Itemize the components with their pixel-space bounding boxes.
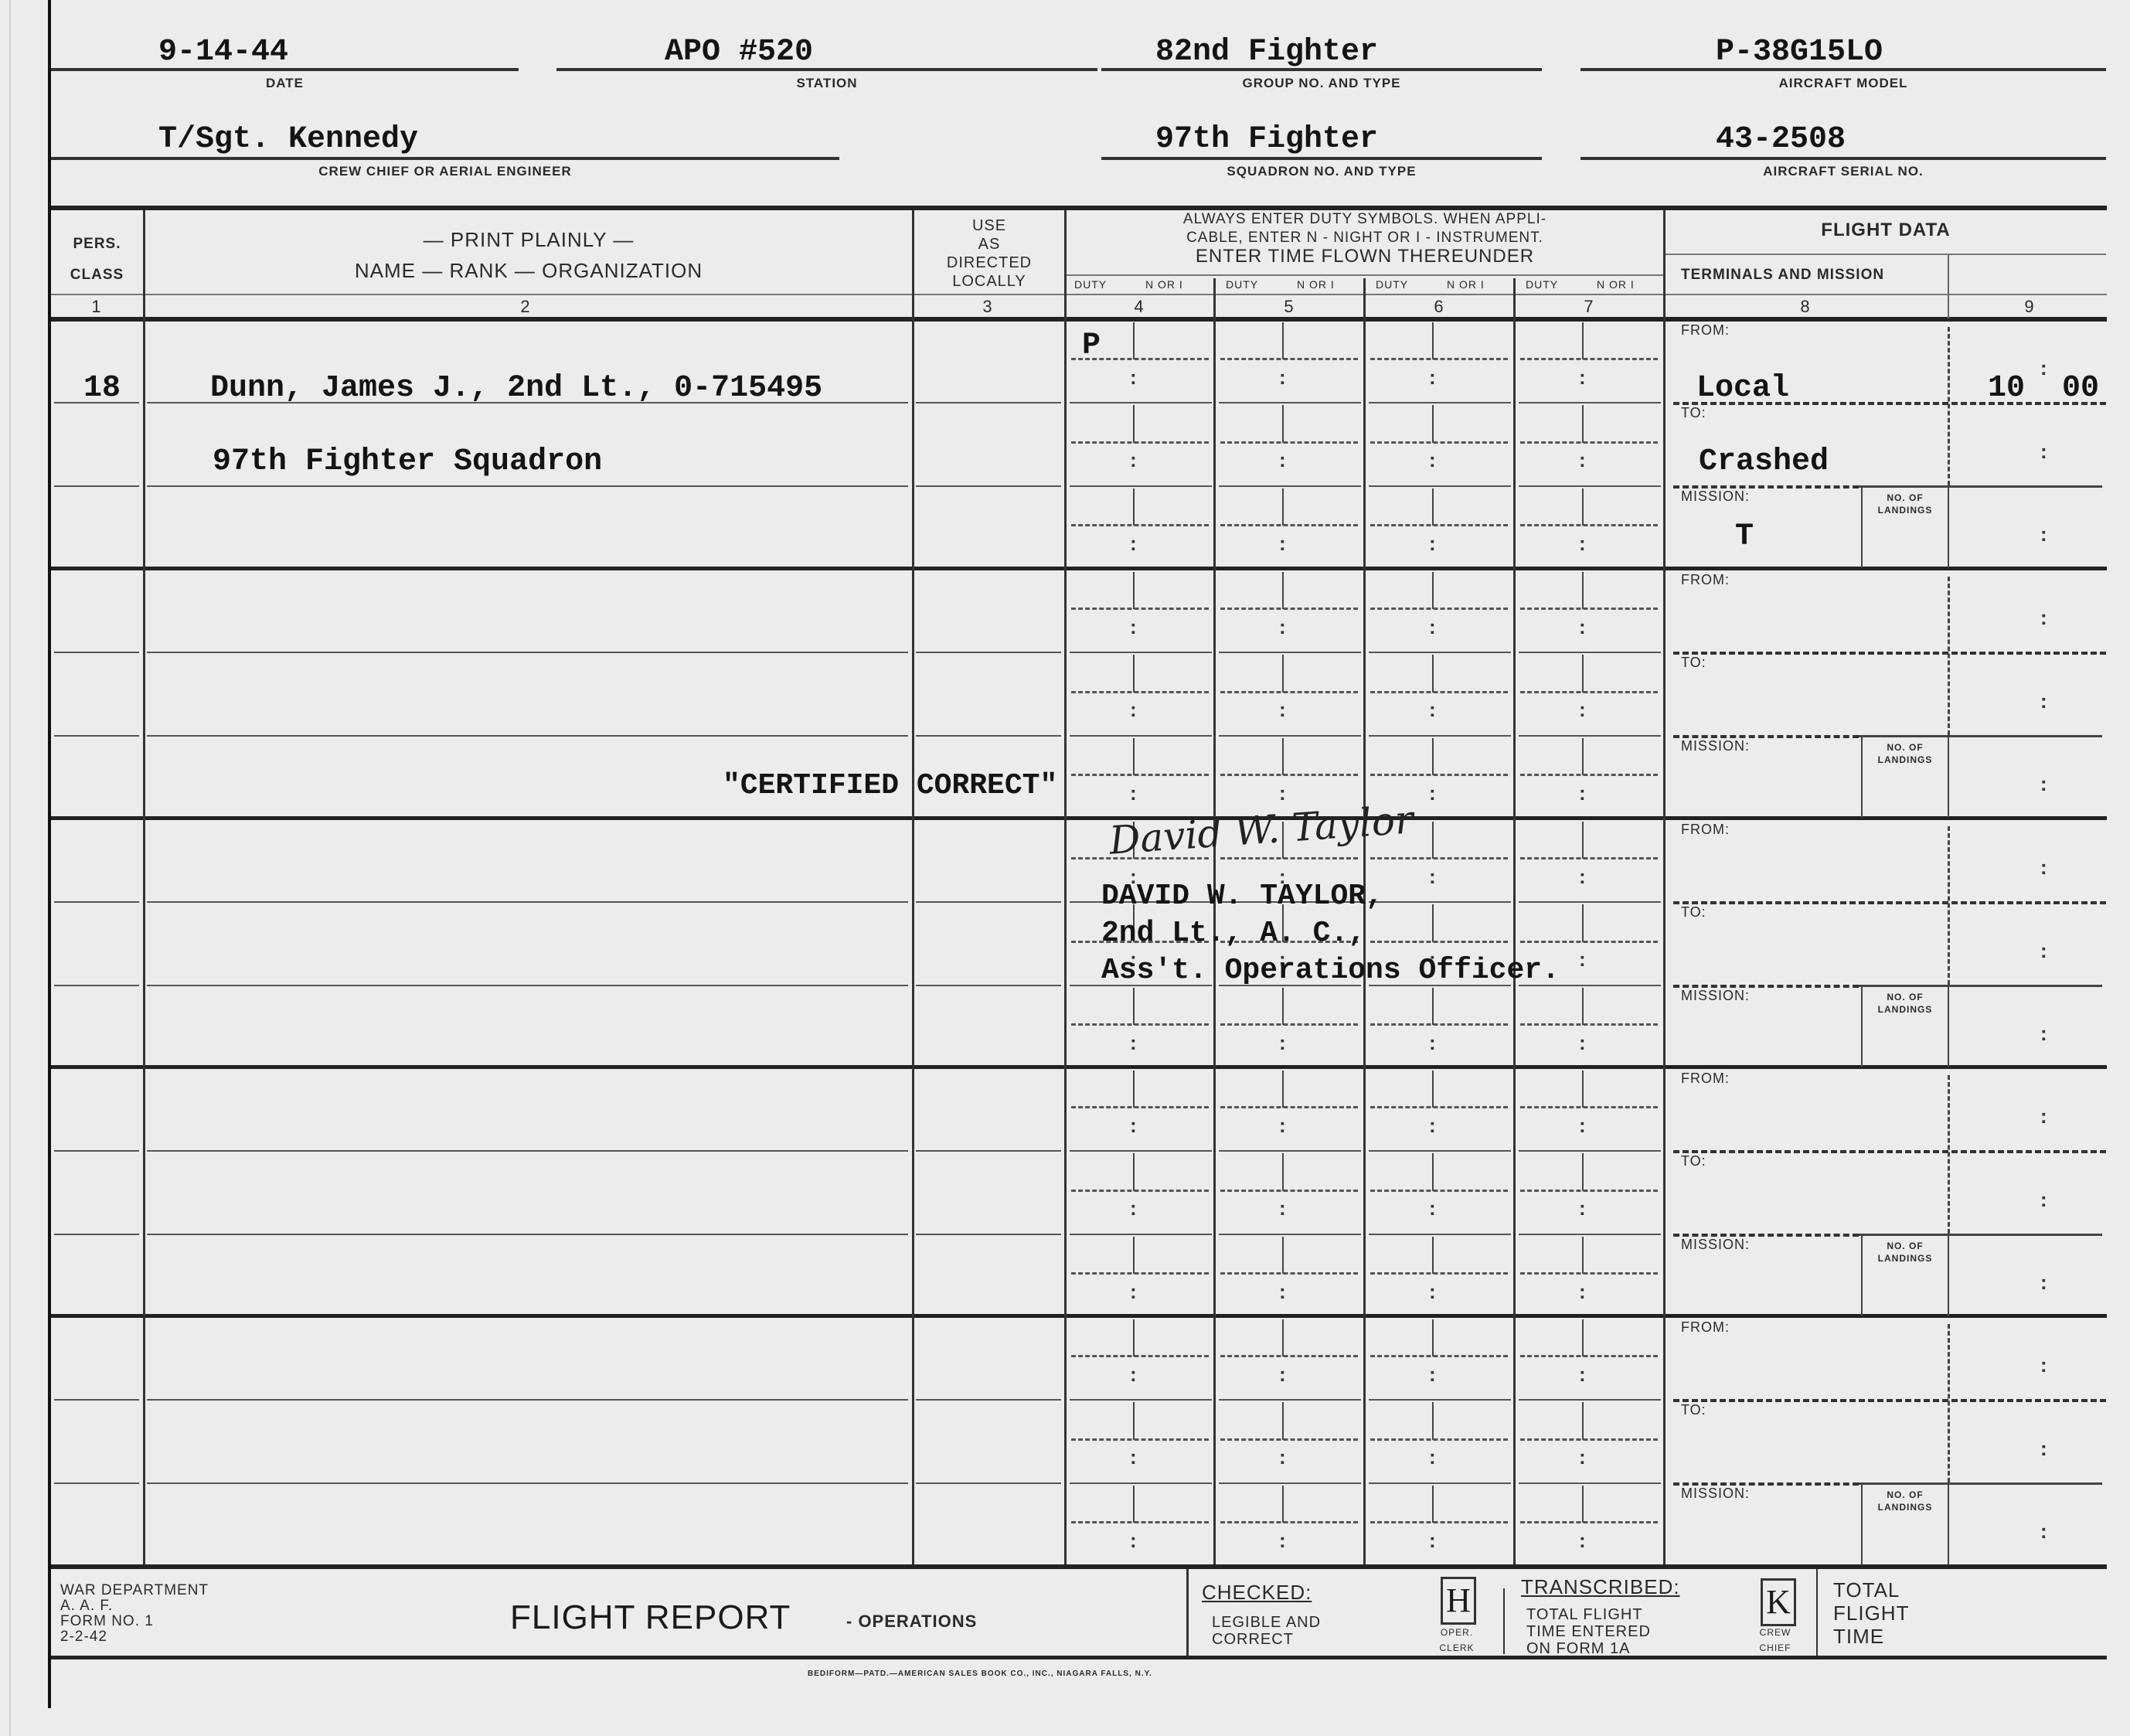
duty-time-rule xyxy=(1071,608,1209,610)
col-num-1: 1 xyxy=(81,297,112,317)
duty-cell-divider xyxy=(1582,738,1584,775)
row-rule-col3 xyxy=(916,1482,1061,1484)
landings-box-right xyxy=(1948,485,1949,568)
duty-time-rule xyxy=(1220,358,1358,360)
row-rule-col2 xyxy=(147,901,908,903)
duty-time-rule xyxy=(1520,1106,1658,1108)
flight-landings-top-rule xyxy=(1859,735,2102,737)
col1-header-line2: CLASS xyxy=(51,260,143,291)
printer-imprint: BEDIFORM—PATD.—AMERICAN SALES BOOK CO., … xyxy=(808,1670,1152,1678)
flight-landings-top-rule xyxy=(1859,1482,2102,1485)
row-rule-col1 xyxy=(54,985,139,986)
time-colon: : xyxy=(1279,532,1286,556)
time-colon: : xyxy=(1579,1196,1586,1220)
duty-time-rule xyxy=(1220,1355,1358,1357)
duty-cell-divider xyxy=(1282,1486,1284,1523)
col-num-7: 7 xyxy=(1574,297,1604,317)
crew-organization: 97th Fighter Squadron xyxy=(213,444,602,479)
terminals-mission-label: TERMINALS AND MISSION xyxy=(1681,267,1884,284)
duty-cell-divider xyxy=(1282,405,1284,442)
crew-chief-label: CREW CHIEF OR AERIAL ENGINEER xyxy=(51,164,839,179)
duty-time-rule xyxy=(1370,608,1508,610)
duty-time-rule xyxy=(1071,691,1209,693)
row-rule-col1 xyxy=(54,1150,139,1152)
duty-cell-divider xyxy=(1432,322,1434,359)
time-colon: : xyxy=(1579,1445,1586,1469)
time-colon: : xyxy=(1130,1114,1137,1138)
war-dept-block: WAR DEPARTMENT A. A. F. FORM NO. 1 2-2-4… xyxy=(60,1583,209,1645)
crew-chief-stamp-label: CREW CHIEF xyxy=(1748,1625,1802,1656)
duty-time-rule xyxy=(1370,691,1508,693)
duty-time-rule xyxy=(1520,608,1658,610)
squadron-rule xyxy=(1101,157,1542,160)
duty-header: ALWAYS ENTER DUTY SYMBOLS. WHEN APPLI- C… xyxy=(1067,210,1663,266)
scan-fold-line xyxy=(9,0,11,1736)
aircraft-serial-value: 43-2508 xyxy=(1716,122,1846,157)
checked-title: CHECKED: xyxy=(1202,1581,1312,1605)
footer-bottom-rule xyxy=(51,1656,2107,1659)
col2-header-line2: NAME — RANK — ORGANIZATION xyxy=(145,255,912,286)
time-colon: : xyxy=(1279,1363,1286,1387)
row-rule-duty xyxy=(1369,901,1511,903)
duty-time-rule xyxy=(1520,691,1658,693)
flight-from-label: FROM: xyxy=(1681,822,1730,838)
col3-header-line1: USE xyxy=(914,216,1064,235)
duty-cell-divider xyxy=(1282,738,1284,775)
duty-cell-divider xyxy=(1582,322,1584,359)
duty-cell-divider xyxy=(1432,904,1434,941)
form-subtitle: - OPERATIONS xyxy=(846,1612,977,1632)
total-line3: TIME xyxy=(1833,1625,1909,1648)
duty-time-rule xyxy=(1520,1023,1658,1026)
duty-time-rule xyxy=(1370,857,1508,859)
time-colon: : xyxy=(1130,532,1137,556)
duty-cell-divider xyxy=(1282,988,1284,1025)
duty-time-rule xyxy=(1370,524,1508,526)
total-line2: FLIGHT xyxy=(1833,1602,1909,1625)
flight-from-label: FROM: xyxy=(1681,1319,1730,1336)
row-rule-col1 xyxy=(54,1482,139,1484)
row-rule-duty xyxy=(1219,1234,1361,1235)
flight-time-colon: : xyxy=(2040,856,2047,880)
officer-signature: David W. Taylor xyxy=(1108,797,1414,863)
duty-cell-divider xyxy=(1133,1153,1135,1190)
duty-cell-divider xyxy=(1432,572,1434,609)
duty-cell-divider xyxy=(1582,822,1584,859)
row-rule-duty xyxy=(1219,1399,1361,1401)
time-colon: : xyxy=(1279,366,1286,390)
landings-box-left xyxy=(1861,985,1863,1067)
duty-cell-divider xyxy=(1432,1071,1434,1108)
time-colon: : xyxy=(1130,366,1137,390)
flight-time-divider xyxy=(1948,327,1950,485)
duty-time-rule xyxy=(1520,1438,1658,1441)
landings-box-left xyxy=(1861,485,1863,568)
duty-symbol: P xyxy=(1082,328,1101,363)
row-rule-col1 xyxy=(54,1399,139,1401)
col-divider-2 xyxy=(912,210,914,1564)
row-rule-duty xyxy=(1070,652,1212,653)
duty-time-rule xyxy=(1370,1106,1508,1108)
time-colon: : xyxy=(1429,532,1436,556)
landings-line1: NO. OF xyxy=(1866,1240,1944,1252)
row-rule-duty xyxy=(1219,652,1361,653)
flight-time-colon: : xyxy=(2040,1353,2047,1377)
time-colon: : xyxy=(1429,448,1436,472)
duty-label-6: DUTY xyxy=(1376,278,1408,291)
row-rule-col3 xyxy=(916,485,1061,487)
pers-class-value: 18 xyxy=(83,371,121,406)
landings-line2: LANDINGS xyxy=(1866,1252,1944,1265)
row-rule-duty xyxy=(1369,402,1511,403)
duty-cell-divider xyxy=(1133,572,1135,609)
row-rule-duty xyxy=(1219,1482,1361,1484)
group-rule-1 xyxy=(51,567,2107,570)
landings-box-left xyxy=(1861,1482,1863,1565)
table-bottom-rule xyxy=(51,1564,2107,1569)
total-flight-time-label: TOTAL FLIGHT TIME xyxy=(1833,1578,1909,1648)
duty-cell-divider xyxy=(1133,1071,1135,1108)
col-divider-8-head xyxy=(1948,255,1949,318)
duty-time-rule xyxy=(1520,1190,1658,1192)
crew-chief-initial-box: K xyxy=(1761,1578,1796,1626)
flight-from-to-rule xyxy=(1673,652,2106,655)
row-rule-col2 xyxy=(147,652,908,653)
station-value: APO #520 xyxy=(665,35,813,70)
flight-time-minutes: 00 xyxy=(2062,371,2099,406)
flight-data-title: FLIGHT DATA xyxy=(1666,220,2106,240)
flight-time-divider xyxy=(1948,577,1950,735)
duty-time-rule xyxy=(1370,1272,1508,1275)
col1-header-line1: PERS. xyxy=(51,229,143,260)
time-colon: : xyxy=(1579,698,1586,722)
time-colon: : xyxy=(1130,781,1137,805)
row-rule-duty xyxy=(1369,485,1511,487)
row-rule-col3 xyxy=(916,402,1061,403)
duty-header-line3: ENTER TIME FLOWN THEREUNDER xyxy=(1067,247,1663,266)
duty-time-rule xyxy=(1520,358,1658,360)
duty-cell-divider xyxy=(1432,655,1434,692)
group-rule xyxy=(1101,68,1542,71)
time-colon: : xyxy=(1579,1529,1586,1553)
flight-to-value: Crashed xyxy=(1699,444,1829,479)
duty-time-rule xyxy=(1071,774,1209,776)
time-colon: : xyxy=(1429,615,1436,639)
row-rule-duty xyxy=(1219,1150,1361,1152)
transcribed-line2: TIME ENTERED xyxy=(1526,1623,1651,1640)
duty-cell-divider xyxy=(1133,322,1135,359)
duty-time-rule xyxy=(1220,1106,1358,1108)
flight-landings-top-rule xyxy=(1859,985,2102,987)
duty-label-4: DUTY xyxy=(1074,278,1107,291)
flight-time-colon: : xyxy=(2040,606,2047,630)
duty-cell-divider xyxy=(1282,488,1284,526)
duty-time-rule xyxy=(1370,1355,1508,1357)
time-colon: : xyxy=(1130,1280,1137,1304)
row-rule-duty xyxy=(1219,402,1361,403)
flight-from-label: FROM: xyxy=(1681,572,1730,588)
crew-chief-rule xyxy=(51,157,839,160)
col-divider-6 xyxy=(1513,278,1516,1564)
duty-time-rule xyxy=(1071,1272,1209,1275)
landings-line2: LANDINGS xyxy=(1866,504,1944,516)
duty-cell-divider xyxy=(1432,1237,1434,1274)
duty-cell-divider xyxy=(1582,1486,1584,1523)
col-divider-3 xyxy=(1064,210,1067,1564)
duty-cell-divider xyxy=(1282,1153,1284,1190)
row-rule-duty xyxy=(1519,485,1661,487)
flight-time-divider xyxy=(1948,826,1950,985)
duty-time-rule xyxy=(1220,1190,1358,1192)
group-label: GROUP NO. AND TYPE xyxy=(1101,76,1542,91)
time-colon: : xyxy=(1579,1114,1586,1138)
row-rule-duty xyxy=(1519,1234,1661,1235)
row-rule-duty xyxy=(1519,1399,1661,1401)
transcribed-line1: TOTAL FLIGHT xyxy=(1526,1606,1651,1623)
duty-time-rule xyxy=(1520,941,1658,943)
landings-box-right xyxy=(1948,1234,1949,1316)
duty-cell-divider xyxy=(1432,1486,1434,1523)
n-or-i-label-4: N OR I xyxy=(1145,278,1183,291)
row-rule-duty xyxy=(1070,402,1212,403)
landings-box-left xyxy=(1861,735,1863,818)
transcribed-title: TRANSCRIBED: xyxy=(1521,1575,1680,1599)
aircraft-model-rule xyxy=(1580,68,2106,71)
duty-cell-divider xyxy=(1282,1402,1284,1439)
duty-cell-divider xyxy=(1582,1319,1584,1356)
col-num-2: 2 xyxy=(510,297,541,317)
flight-time-colon: : xyxy=(2040,356,2047,380)
duty-time-rule xyxy=(1071,1106,1209,1108)
row-rule-col1 xyxy=(54,652,139,653)
time-colon: : xyxy=(1429,1529,1436,1553)
time-colon: : xyxy=(1130,698,1137,722)
flight-to-label: TO: xyxy=(1681,904,1706,921)
row-rule-col2 xyxy=(147,1150,908,1152)
time-colon: : xyxy=(1130,448,1137,472)
col3-header: USE AS DIRECTED LOCALLY xyxy=(914,216,1064,291)
time-colon: : xyxy=(1579,366,1586,390)
duty-cell-divider xyxy=(1582,405,1584,442)
row-rule-duty xyxy=(1070,1399,1212,1401)
duty-time-rule xyxy=(1370,774,1508,776)
duty-cell-divider xyxy=(1432,1319,1434,1356)
row-rule-duty xyxy=(1369,1399,1511,1401)
row-rule-duty xyxy=(1219,485,1361,487)
duty-cell-divider xyxy=(1582,572,1584,609)
date-label: DATE xyxy=(51,76,519,91)
flight-to-mission-rule xyxy=(1673,735,1859,738)
flight-to-mission-rule xyxy=(1673,1234,1859,1237)
flight-time-colon: : xyxy=(2040,1520,2047,1544)
flight-time-hours: 10 xyxy=(1988,371,2025,406)
duty-time-rule xyxy=(1370,1190,1508,1192)
group-rule-4 xyxy=(51,1314,2107,1318)
col-num-5: 5 xyxy=(1274,297,1305,317)
duty-time-rule xyxy=(1520,857,1658,859)
aircraft-model-value: P-38G15LO xyxy=(1716,35,1883,70)
duty-cell-divider xyxy=(1133,1319,1135,1356)
group-rule-2 xyxy=(51,816,2107,820)
flight-landings-top-rule xyxy=(1859,1234,2102,1236)
row-rule-duty xyxy=(1070,1234,1212,1235)
row-rule-col3 xyxy=(916,1234,1061,1235)
landings-box-left xyxy=(1861,1234,1863,1316)
row-rule-col2 xyxy=(147,985,908,986)
time-colon: : xyxy=(1429,1363,1436,1387)
time-colon: : xyxy=(1130,1196,1137,1220)
landings-line1: NO. OF xyxy=(1866,741,1944,754)
flight-to-mission-rule xyxy=(1673,985,1859,988)
certified-correct: "CERTIFIED CORRECT" xyxy=(723,769,1057,802)
landings-line2: LANDINGS xyxy=(1866,754,1944,766)
aircraft-serial-label: AIRCRAFT SERIAL NO. xyxy=(1580,164,2106,179)
row-rule-duty xyxy=(1369,1150,1511,1152)
col-divider-7 xyxy=(1663,210,1666,1564)
duty-time-rule xyxy=(1071,524,1209,526)
oper-clerk-line1: OPER. xyxy=(1430,1625,1484,1640)
row-rule-duty xyxy=(1519,402,1661,403)
flight-time-colon: : xyxy=(2040,1105,2047,1128)
aircraft-model-label: AIRCRAFT MODEL xyxy=(1580,76,2106,91)
crew-name-rank: Dunn, James J., 2nd Lt., 0-715495 xyxy=(210,371,822,406)
duty-cell-divider xyxy=(1133,405,1135,442)
landings-box-right xyxy=(1948,985,1949,1067)
flight-time-colon: : xyxy=(2040,440,2047,464)
flight-time-colon: : xyxy=(2040,772,2047,796)
total-line1: TOTAL xyxy=(1833,1578,1909,1602)
duty-cell-divider xyxy=(1282,572,1284,609)
duty-time-rule xyxy=(1520,1272,1658,1275)
row-rule-col3 xyxy=(916,985,1061,986)
duty-time-rule xyxy=(1370,1521,1508,1523)
row-rule-duty xyxy=(1070,735,1212,737)
row-rule-col3 xyxy=(916,1399,1061,1401)
duty-cell-divider xyxy=(1282,1237,1284,1274)
duty-time-rule xyxy=(1220,774,1358,776)
landings-box-right xyxy=(1948,1482,1949,1565)
landings-label: NO. OFLANDINGS xyxy=(1866,1240,1944,1265)
duty-time-rule xyxy=(1220,524,1358,526)
row-rule-col3 xyxy=(916,652,1061,653)
landings-label: NO. OFLANDINGS xyxy=(1866,1489,1944,1513)
duty-cell-divider xyxy=(1133,738,1135,775)
row-rule-col3 xyxy=(916,1150,1061,1152)
time-colon: : xyxy=(1579,532,1586,556)
duty-cell-divider xyxy=(1133,1402,1135,1439)
landings-label: NO. OFLANDINGS xyxy=(1866,991,1944,1016)
squadron-value: 97th Fighter xyxy=(1155,122,1378,157)
duty-label-7: DUTY xyxy=(1526,278,1558,291)
row-rule-duty xyxy=(1519,652,1661,653)
col3-header-line2: AS xyxy=(914,235,1064,254)
col-num-3: 3 xyxy=(972,297,1003,317)
row-rule-duty xyxy=(1219,735,1361,737)
flight-mission-label: MISSION: xyxy=(1681,738,1750,754)
landings-line1: NO. OF xyxy=(1866,1489,1944,1501)
flight-mission-label: MISSION: xyxy=(1681,1486,1750,1502)
col2-header: — PRINT PLAINLY — NAME — RANK — ORGANIZA… xyxy=(145,224,912,286)
duty-cell-divider xyxy=(1582,1402,1584,1439)
duty-time-rule xyxy=(1071,1438,1209,1441)
landings-box-right xyxy=(1948,735,1949,818)
duty-cell-divider xyxy=(1582,655,1584,692)
duty-time-rule xyxy=(1071,1521,1209,1523)
row-rule-duty xyxy=(1519,1482,1661,1484)
row-rule-col1 xyxy=(54,735,139,737)
flight-to-label: TO: xyxy=(1681,405,1706,421)
war-dept-line3: FORM NO. 1 xyxy=(60,1614,209,1629)
time-colon: : xyxy=(1579,1280,1586,1304)
time-colon: : xyxy=(1279,1529,1286,1553)
duty-time-rule xyxy=(1220,1023,1358,1026)
n-or-i-label-7: N OR I xyxy=(1597,278,1635,291)
crew-chief-line1: CREW xyxy=(1748,1625,1802,1640)
row-rule-col2 xyxy=(147,1234,908,1235)
row-rule-duty xyxy=(1070,485,1212,487)
row-rule-col2 xyxy=(147,1482,908,1484)
landings-label: NO. OFLANDINGS xyxy=(1866,492,1944,516)
flight-from-label: FROM: xyxy=(1681,1071,1730,1087)
time-colon: : xyxy=(1429,698,1436,722)
row-rule-col1 xyxy=(54,901,139,903)
col1-header: PERS. CLASS xyxy=(51,229,143,291)
time-colon: : xyxy=(1579,448,1586,472)
group-rule-3 xyxy=(51,1065,2107,1069)
date-value: 9-14-44 xyxy=(158,35,288,70)
duty-header-line1: ALWAYS ENTER DUTY SYMBOLS. WHEN APPLI- xyxy=(1067,210,1663,229)
flight-time-colon: : xyxy=(2040,1188,2047,1212)
time-colon: : xyxy=(1429,865,1436,889)
duty-cell-divider xyxy=(1133,488,1135,526)
duty-cell-divider xyxy=(1282,1071,1284,1108)
duty-time-rule xyxy=(1520,524,1658,526)
duty-time-rule xyxy=(1370,1438,1508,1441)
checked-line2: CORRECT xyxy=(1212,1631,1321,1648)
row-rule-duty xyxy=(1369,652,1511,653)
flight-mission-label: MISSION: xyxy=(1681,988,1750,1004)
time-colon: : xyxy=(1279,1280,1286,1304)
col-num-9: 9 xyxy=(2014,297,2045,317)
duty-cell-divider xyxy=(1282,1319,1284,1356)
time-colon: : xyxy=(1579,615,1586,639)
flight-time-colon: : xyxy=(2040,1271,2047,1295)
duty-cell-divider xyxy=(1582,488,1584,526)
duty-time-rule xyxy=(1220,1438,1358,1441)
duty-time-rule xyxy=(1370,1023,1508,1026)
duty-time-rule xyxy=(1220,691,1358,693)
officer-title: Ass't. Operations Officer. xyxy=(1101,954,1560,987)
time-colon: : xyxy=(1130,1031,1137,1055)
flight-landings-top-rule xyxy=(1859,485,2102,488)
flight-time-colon: : xyxy=(2040,939,2047,963)
row-rule-col2 xyxy=(147,735,908,737)
row-rule-duty xyxy=(1369,1482,1511,1484)
flight-to-mission-rule xyxy=(1673,1482,1859,1486)
col3-header-line4: LOCALLY xyxy=(914,272,1064,291)
flight-time-colon: : xyxy=(2040,689,2047,713)
duty-time-rule xyxy=(1520,1355,1658,1357)
row-rule-duty xyxy=(1369,1234,1511,1235)
time-colon: : xyxy=(1130,1445,1137,1469)
mission-value: T xyxy=(1735,519,1754,554)
row-rule-duty xyxy=(1070,1150,1212,1152)
duty-time-rule xyxy=(1071,441,1209,444)
row-rule-duty xyxy=(1369,735,1511,737)
row-rule-col3 xyxy=(916,901,1061,903)
row-rule-duty xyxy=(1519,735,1661,737)
duty-cell-divider xyxy=(1282,655,1284,692)
